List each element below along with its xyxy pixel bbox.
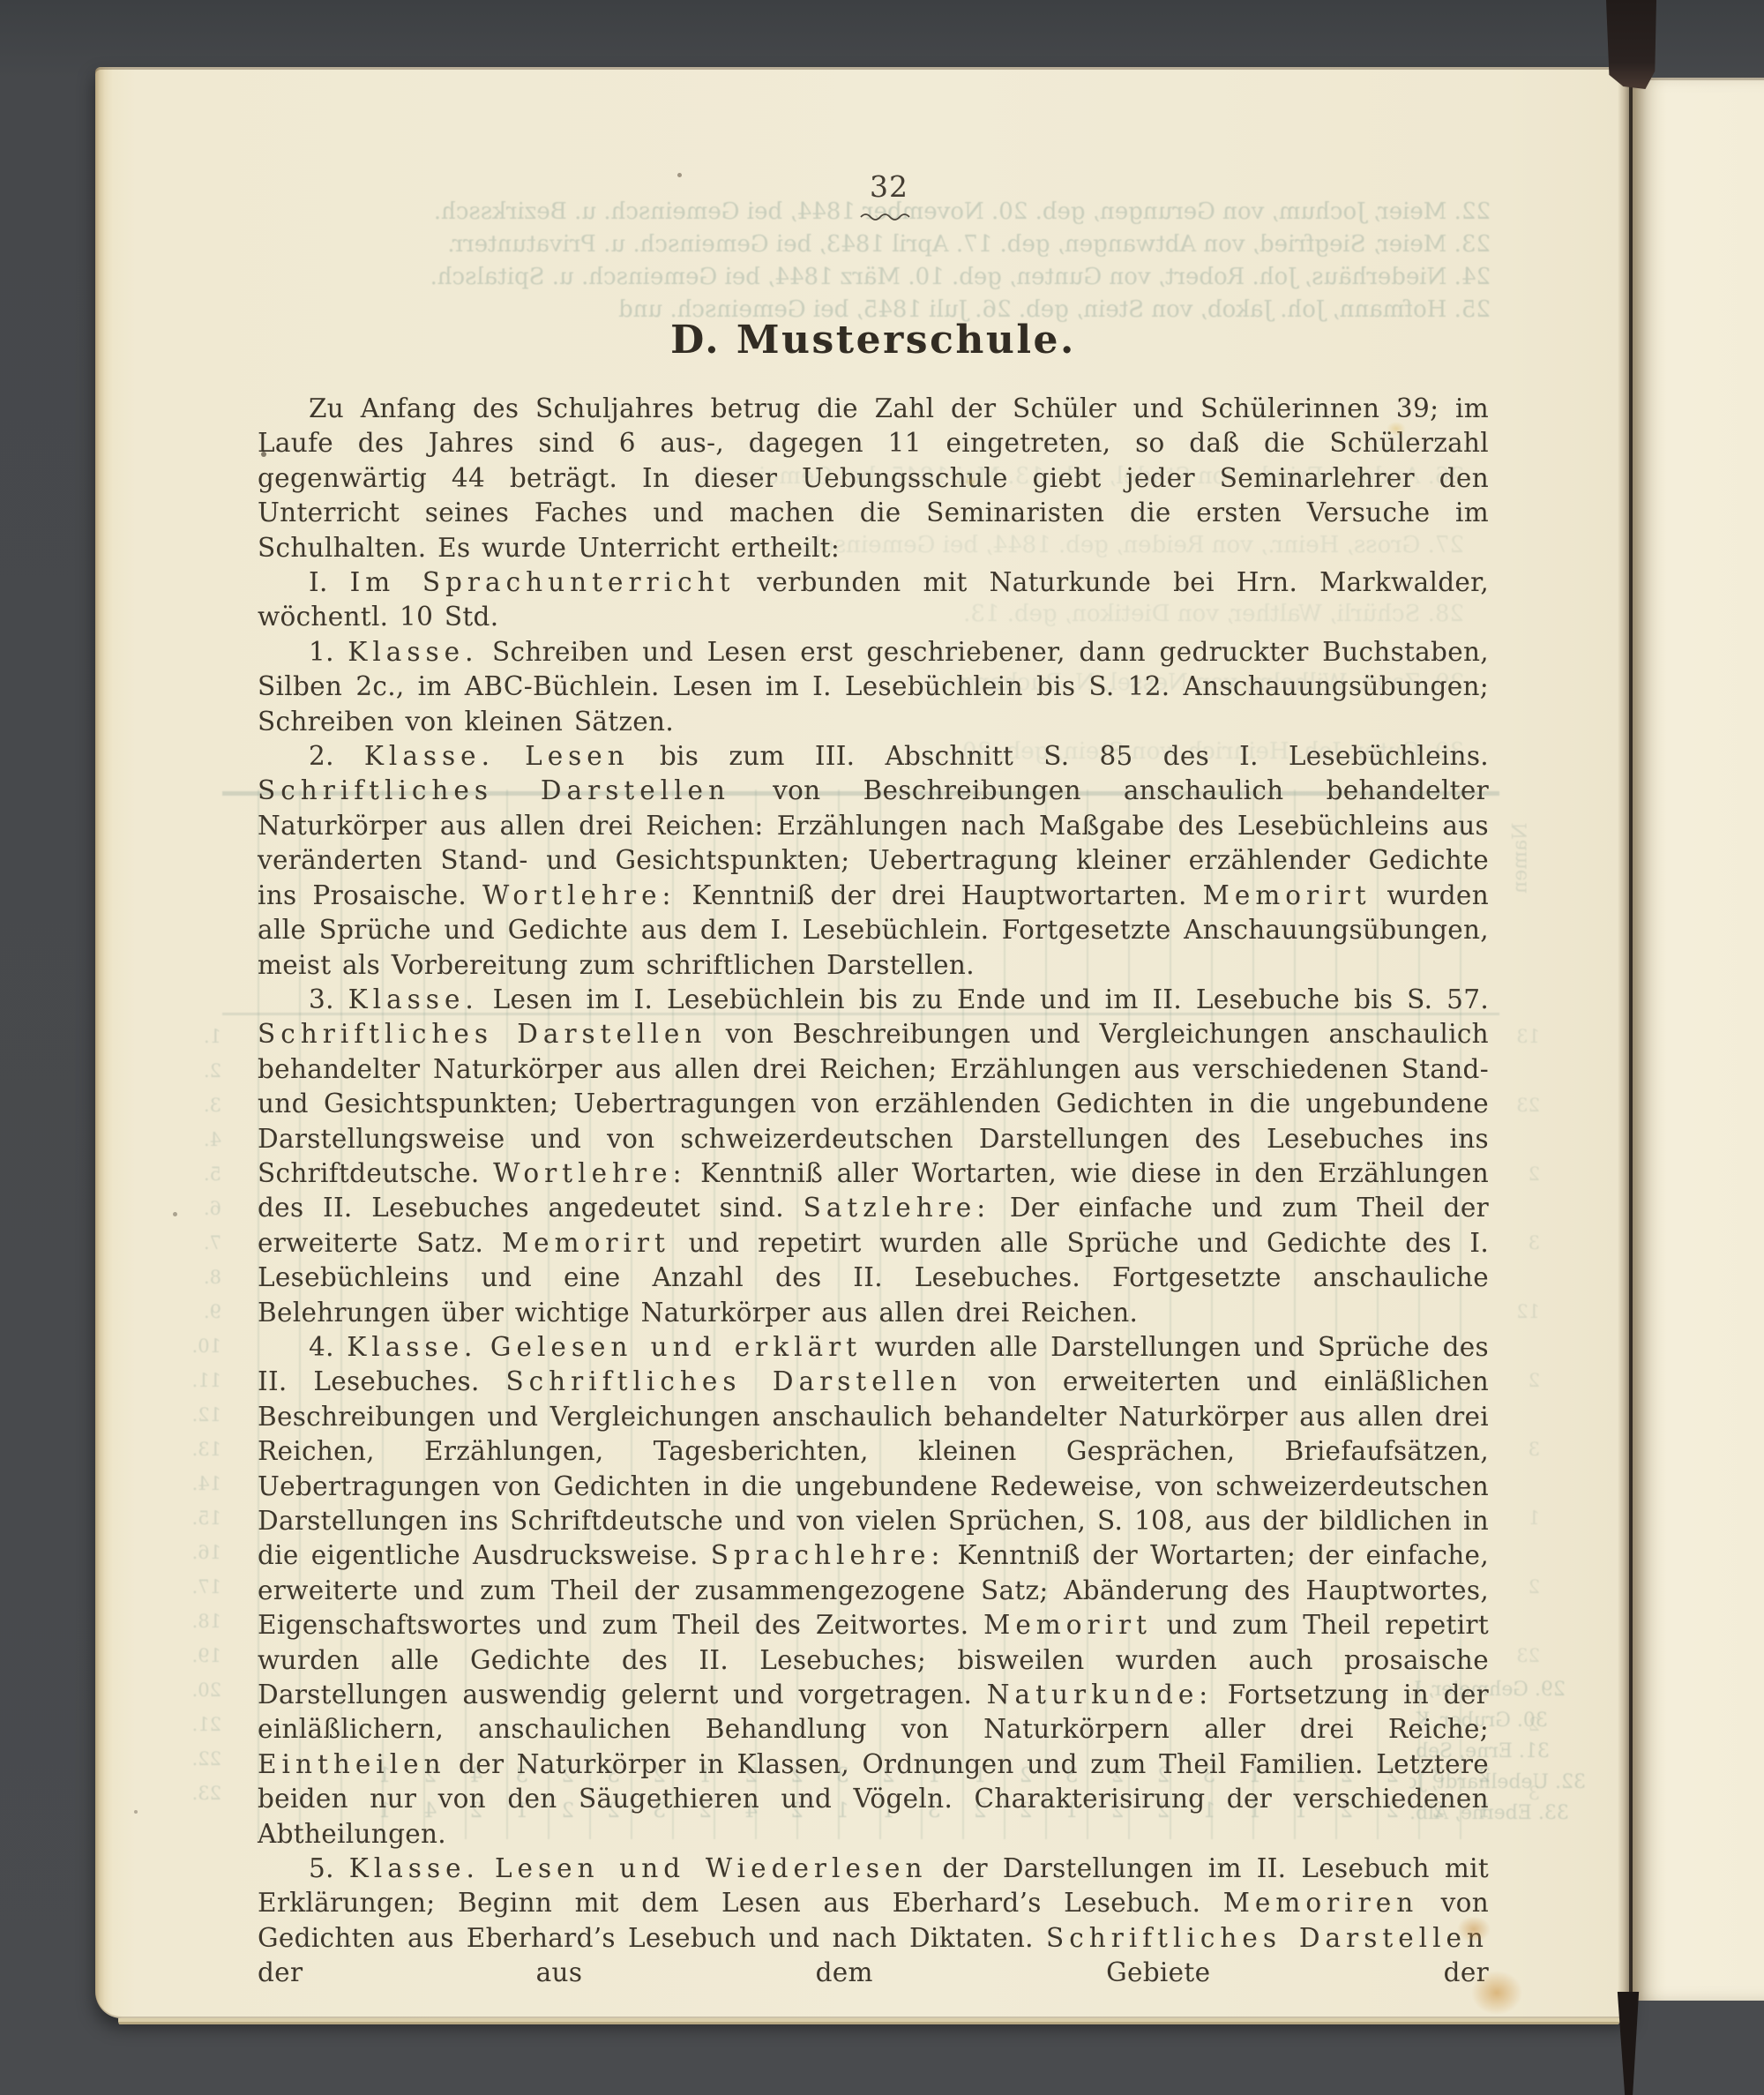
page-number-underline xyxy=(859,208,917,225)
bleedthrough-text: 3 xyxy=(1499,1439,1540,1460)
paper-speck xyxy=(677,173,682,177)
bleedthrough-text: 23. Meier, Siegfried, von Abtwangen, geb… xyxy=(263,231,1491,258)
bleedthrough-text: 13 xyxy=(1499,1026,1540,1047)
paper-speck xyxy=(261,452,266,457)
bleedthrough-text: 22. xyxy=(181,1748,221,1770)
text-run: Lesen im I. Lesebüchlein bis zu Ende und… xyxy=(479,984,1489,1014)
text-run: der aus dem Gebiete der xyxy=(258,1957,1489,1987)
bleedthrough-text: 3 xyxy=(1499,1783,1540,1804)
page-number: 32 xyxy=(845,169,933,204)
emphasized-text: Lesen xyxy=(525,741,630,771)
bleedthrough-text: 2 xyxy=(1499,1370,1540,1391)
bleedthrough-text: 9. xyxy=(181,1301,221,1322)
text-run xyxy=(480,1853,495,1883)
text-run: Kenntniß der drei Hauptwortarten. xyxy=(676,880,1202,910)
bleedthrough-text: 2. xyxy=(181,1060,221,1081)
text-run: 3. xyxy=(309,984,348,1014)
emphasized-text: Memorirt xyxy=(983,1610,1152,1640)
bleedthrough-text: 16. xyxy=(181,1542,221,1563)
emphasized-text: Klasse. xyxy=(348,637,478,667)
text-run: 1. xyxy=(309,637,348,667)
paragraph: 2. Klasse. Lesen bis zum III. Abschnitt … xyxy=(258,739,1489,983)
emphasized-text: Eintheilen xyxy=(258,1749,446,1779)
bleedthrough-text: 2 xyxy=(1499,1163,1540,1185)
text-run: 2. xyxy=(309,741,364,771)
bleedthrough-text: 11. xyxy=(181,1370,221,1391)
emphasized-text: Naturkunde: xyxy=(987,1680,1214,1710)
bleedthrough-text: 10. xyxy=(181,1336,221,1357)
bleedthrough-text: 8. xyxy=(181,1267,221,1288)
bleedthrough-text: 18. xyxy=(181,1611,221,1632)
bleedthrough-text: 5. xyxy=(181,1163,221,1185)
emphasized-text: Im Sprachunterricht xyxy=(350,567,736,597)
bleedthrough-text: 17. xyxy=(181,1576,221,1597)
emphasized-text: Sprachlehre: xyxy=(711,1540,946,1570)
text-run: 4. xyxy=(309,1332,347,1362)
gutter-shadow xyxy=(1618,67,1633,2018)
emphasized-text: Schriftliches Darstellen xyxy=(505,1366,962,1396)
book-scan: 22. Meier, Jochum, von Gerungen, geb. 20… xyxy=(0,0,1764,2095)
emphasized-text: Memorirt xyxy=(1203,880,1372,910)
bleedthrough-text: 15. xyxy=(181,1508,221,1529)
bleedthrough-text: Namen xyxy=(1510,823,1532,929)
bleedthrough-text: 19. xyxy=(181,1645,221,1666)
bleedthrough-text: 13. xyxy=(181,1439,221,1460)
paragraph: I. Im Sprachunterricht verbunden mit Nat… xyxy=(258,565,1489,635)
foxing-stain xyxy=(964,476,978,487)
bleedthrough-text: 20. xyxy=(181,1680,221,1701)
text-run: bis zum III. Abschnitt S. 85 des I. Lese… xyxy=(630,741,1489,771)
chapter-heading: D. Musterschule. xyxy=(258,318,1489,363)
emphasized-text: Lesen und Wiederlesen xyxy=(495,1853,928,1883)
foxing-stain xyxy=(1457,1916,1491,1942)
bleedthrough-text: 6. xyxy=(181,1198,221,1219)
paragraph: 3. Klasse. Lesen im I. Lesebüchlein bis … xyxy=(258,983,1489,1330)
emphasized-text: Memorirt xyxy=(502,1228,670,1258)
bleedthrough-text: 3 xyxy=(1499,1232,1540,1253)
foxing-stain xyxy=(1471,1971,1522,2015)
paragraph: 5. Klasse. Lesen und Wiederlesen der Dar… xyxy=(258,1852,1489,1991)
bleedthrough-text: 7. xyxy=(181,1232,221,1253)
emphasized-text: Schriftliches Darstellen xyxy=(258,1019,706,1049)
emphasized-text: Wortlehre: xyxy=(493,1158,686,1188)
bleedthrough-text: 1. xyxy=(181,1026,221,1047)
text-run xyxy=(495,741,525,771)
emphasized-text: Klasse. xyxy=(349,1853,480,1883)
emphasized-text: Klasse. xyxy=(364,741,495,771)
right-page-edge xyxy=(1633,78,1764,2001)
bleedthrough-text: 12. xyxy=(181,1404,221,1425)
emphasized-text: Klasse. xyxy=(348,984,479,1014)
text-run xyxy=(477,1332,490,1362)
emphasized-text: Klasse. xyxy=(347,1332,477,1362)
bleedthrough-text: 3. xyxy=(181,1095,221,1116)
paper-speck xyxy=(173,1212,177,1216)
bleedthrough-text: 24. Niederhäus, Joh. Robert, von Gunten,… xyxy=(263,264,1491,290)
paragraph: 4. Klasse. Gelesen und erklärt wurden al… xyxy=(258,1330,1489,1852)
bleedthrough-text: 23 xyxy=(1499,1645,1540,1666)
text-run: 5. xyxy=(309,1853,349,1883)
bookmark-ribbon-top xyxy=(1606,0,1656,89)
emphasized-text: Satzlehre: xyxy=(804,1193,991,1223)
bleedthrough-text: 12 xyxy=(1499,1301,1540,1322)
paragraph: 1. Klasse. Schreiben und Lesen erst gesc… xyxy=(258,635,1489,739)
page-stack-edges xyxy=(118,2018,1621,2026)
emphasized-text: Schriftliches Darstellen xyxy=(1046,1923,1489,1953)
emphasized-text: Memoriren xyxy=(1223,1888,1419,1918)
bleedthrough-text: 1 xyxy=(1499,1508,1540,1529)
emphasized-text: Gelesen und erklärt xyxy=(490,1332,862,1362)
emphasized-text: Schriftliches Darstellen xyxy=(258,775,730,805)
bleedthrough-text: 2 xyxy=(1499,1576,1540,1597)
bleedthrough-text: 23. xyxy=(181,1783,221,1804)
foxing-stain xyxy=(1387,422,1406,436)
paragraph: Zu Anfang des Schuljahres betrug die Zah… xyxy=(258,392,1489,565)
body-text: Zu Anfang des Schuljahres betrug die Zah… xyxy=(258,392,1489,1991)
paper-speck xyxy=(134,1810,138,1814)
emphasized-text: Wortlehre: xyxy=(482,880,676,910)
text-run: I. xyxy=(309,567,350,597)
bleedthrough-text: 21. xyxy=(181,1714,221,1735)
bleedthrough-text: 4. xyxy=(181,1129,221,1150)
bleedthrough-text: 23 xyxy=(1499,1095,1540,1116)
text-run: Zu Anfang des Schuljahres betrug die Zah… xyxy=(258,393,1489,563)
bleedthrough-text: 2 xyxy=(1499,1714,1540,1735)
bleedthrough-text: 14. xyxy=(181,1473,221,1494)
